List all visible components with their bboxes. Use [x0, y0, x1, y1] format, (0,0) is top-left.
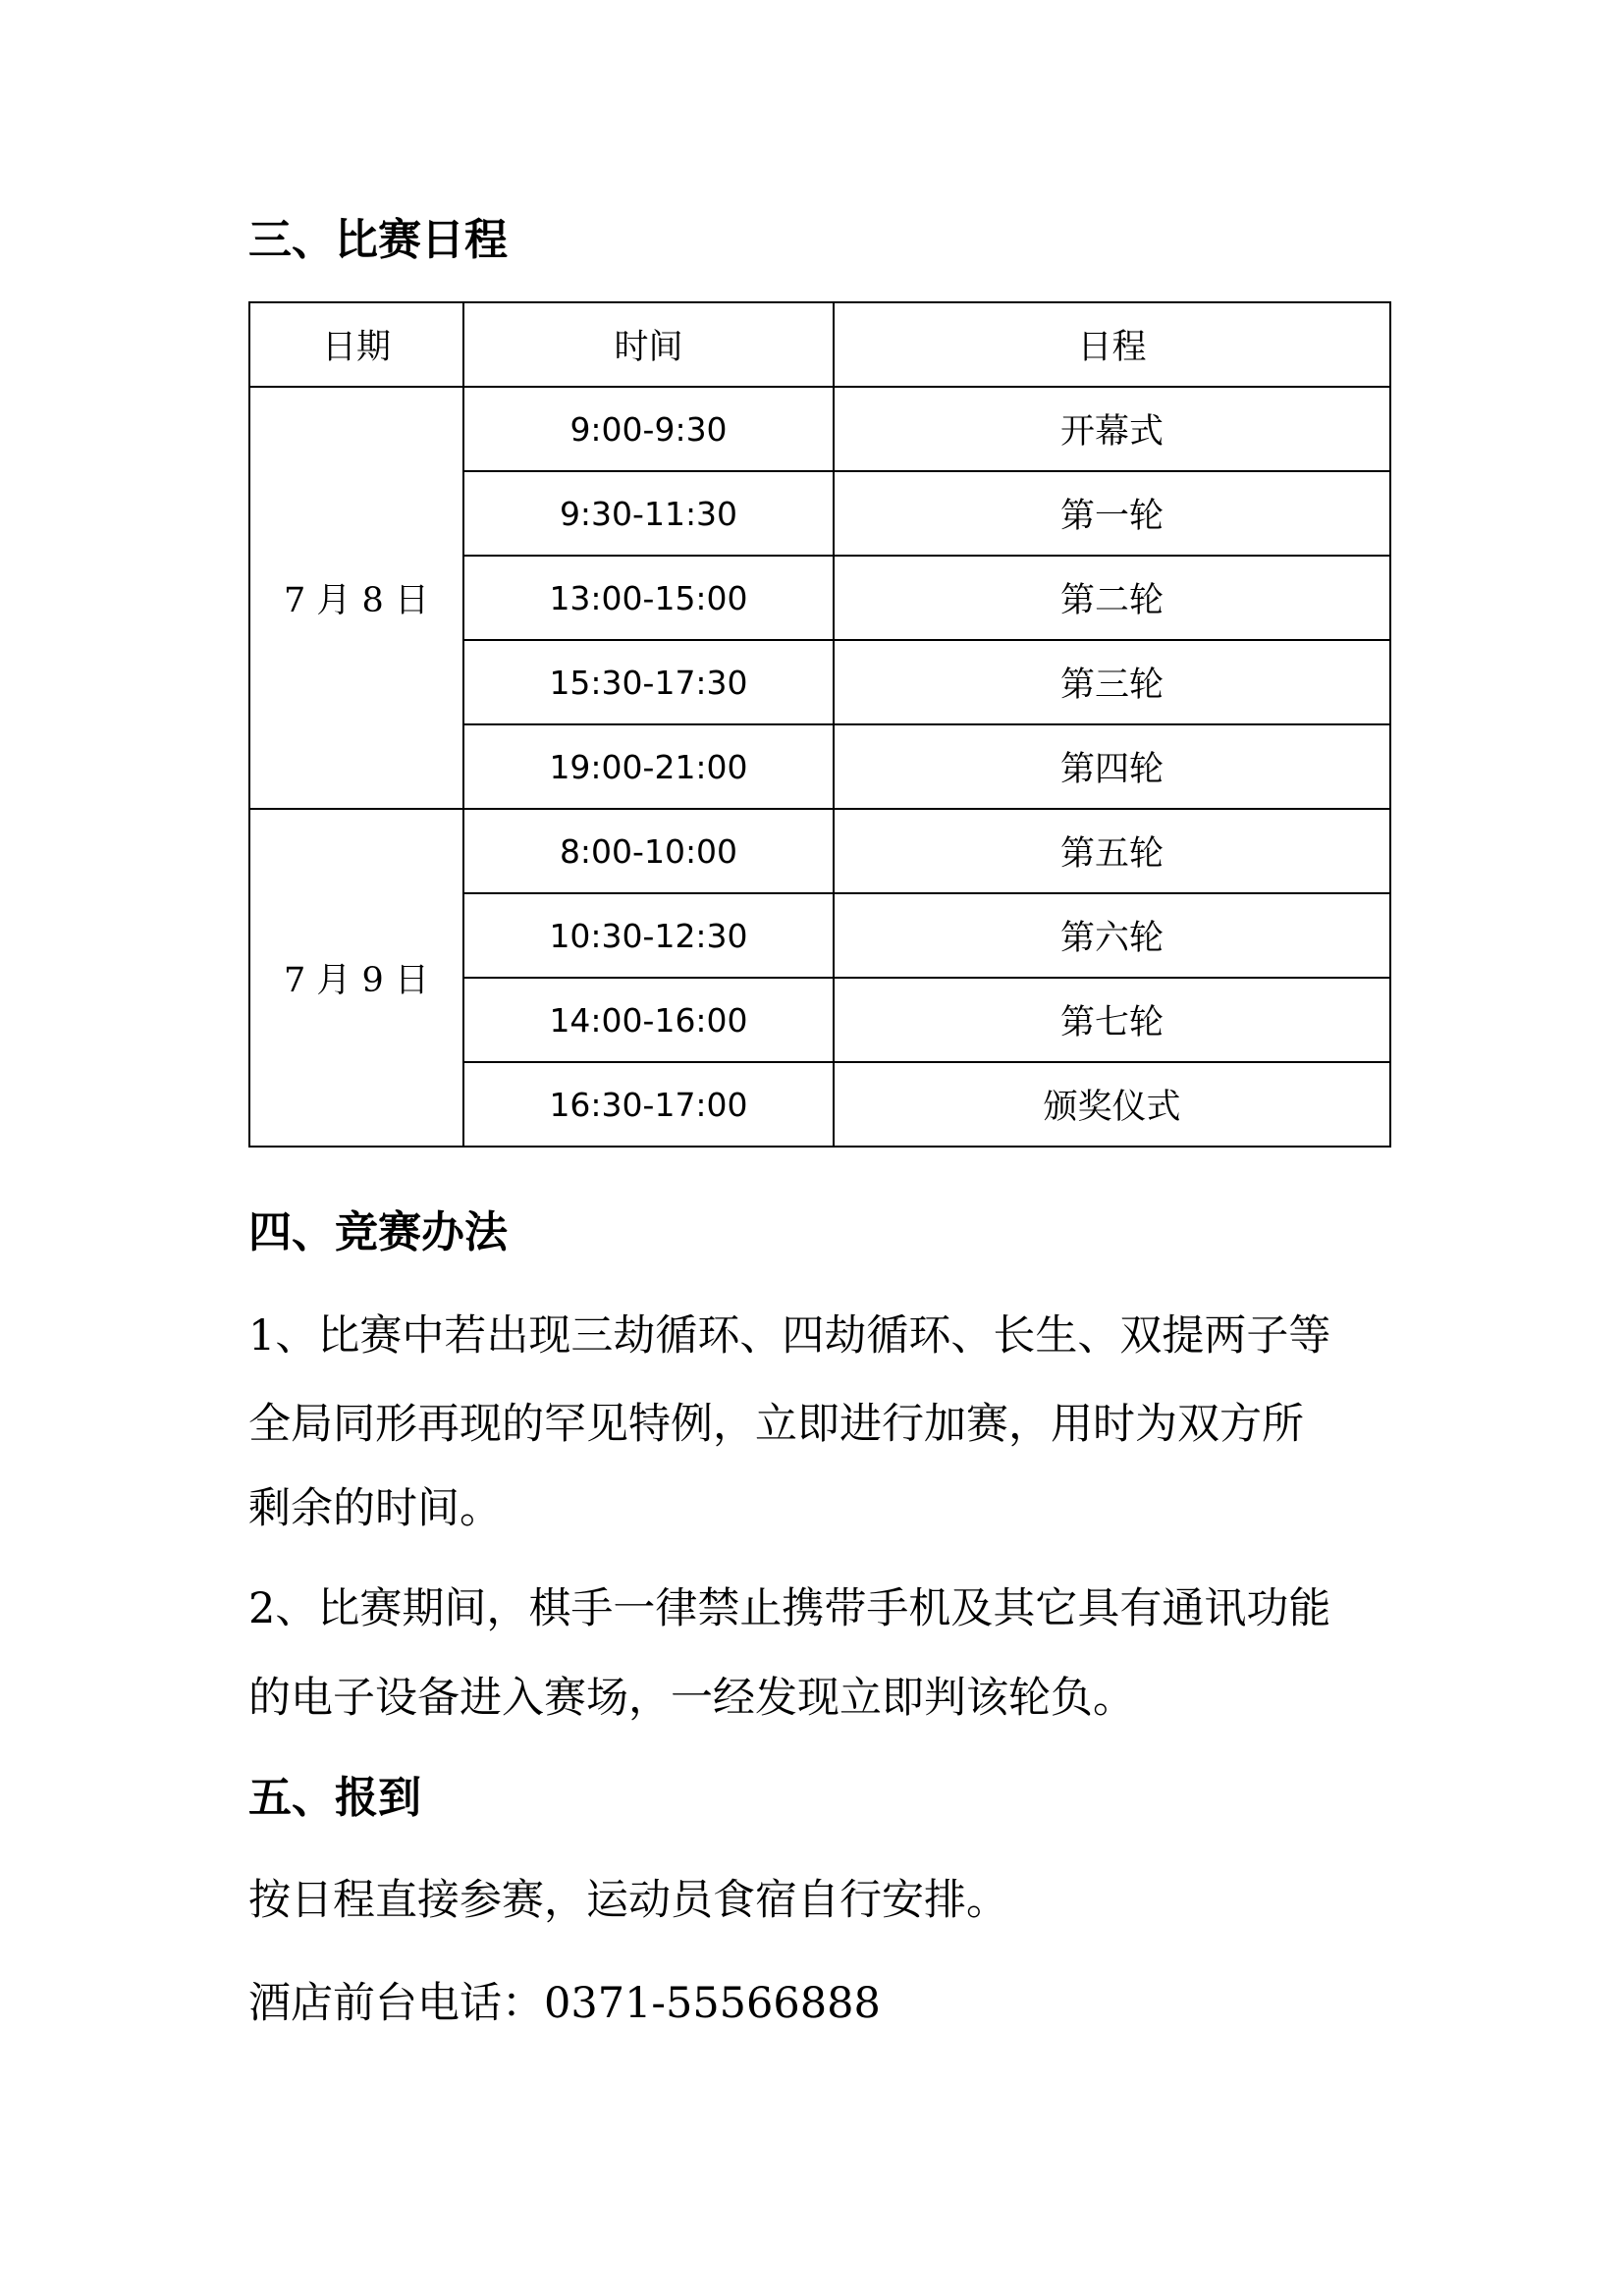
event-cell: 第六轮 — [834, 893, 1390, 978]
header-time: 时间 — [463, 302, 834, 387]
table-row: 7 月 9 日 8:00-10:00 第五轮 — [249, 809, 1390, 893]
hotel-phone: 酒店前台电话：0371-55566888 — [248, 1974, 881, 2033]
section-heading-registration: 五、报到 — [248, 1769, 421, 1828]
time-cell: 9:30-11:30 — [463, 471, 834, 556]
event-cell: 第一轮 — [834, 471, 1390, 556]
event-cell: 开幕式 — [834, 387, 1390, 471]
time-cell: 9:00-9:30 — [463, 387, 834, 471]
event-cell: 第五轮 — [834, 809, 1390, 893]
table-header-row: 日期 时间 日程 — [249, 302, 1390, 387]
event-cell: 第四轮 — [834, 724, 1390, 809]
event-cell: 颁奖仪式 — [834, 1062, 1390, 1147]
time-cell: 15:30-17:30 — [463, 640, 834, 724]
time-cell: 10:30-12:30 — [463, 893, 834, 978]
date-cell: 7 月 8 日 — [249, 387, 463, 809]
rule-1-line-1: 1、比赛中若出现三劫循环、四劫循环、长生、双提两子等 — [248, 1307, 1330, 1365]
section-heading-rules: 四、竞赛办法 — [248, 1203, 508, 1262]
registration-text: 按日程直接参赛，运动员食宿自行安排。 — [248, 1871, 1008, 1930]
time-cell: 16:30-17:00 — [463, 1062, 834, 1147]
time-cell: 13:00-15:00 — [463, 556, 834, 640]
event-cell: 第七轮 — [834, 978, 1390, 1062]
header-event: 日程 — [834, 302, 1390, 387]
time-cell: 8:00-10:00 — [463, 809, 834, 893]
section-heading-schedule: 三、比赛日程 — [248, 211, 508, 270]
rule-2-line-1: 2、比赛期间，棋手一律禁止携带手机及其它具有通讯功能 — [248, 1579, 1330, 1638]
time-cell: 19:00-21:00 — [463, 724, 834, 809]
rule-1-line-3: 剩余的时间。 — [248, 1479, 502, 1538]
event-cell: 第二轮 — [834, 556, 1390, 640]
rule-2-line-2: 的电子设备进入赛场，一经发现立即判该轮负。 — [248, 1669, 1135, 1728]
event-cell: 第三轮 — [834, 640, 1390, 724]
header-date: 日期 — [249, 302, 463, 387]
date-cell: 7 月 9 日 — [249, 809, 463, 1147]
schedule-table: 日期 时间 日程 7 月 8 日 9:00-9:30 开幕式 9:30-11:3… — [248, 301, 1391, 1148]
time-cell: 14:00-16:00 — [463, 978, 834, 1062]
rule-1-line-2: 全局同形再现的罕见特例，立即进行加赛，用时为双方所 — [248, 1395, 1304, 1454]
table-row: 7 月 8 日 9:00-9:30 开幕式 — [249, 387, 1390, 471]
